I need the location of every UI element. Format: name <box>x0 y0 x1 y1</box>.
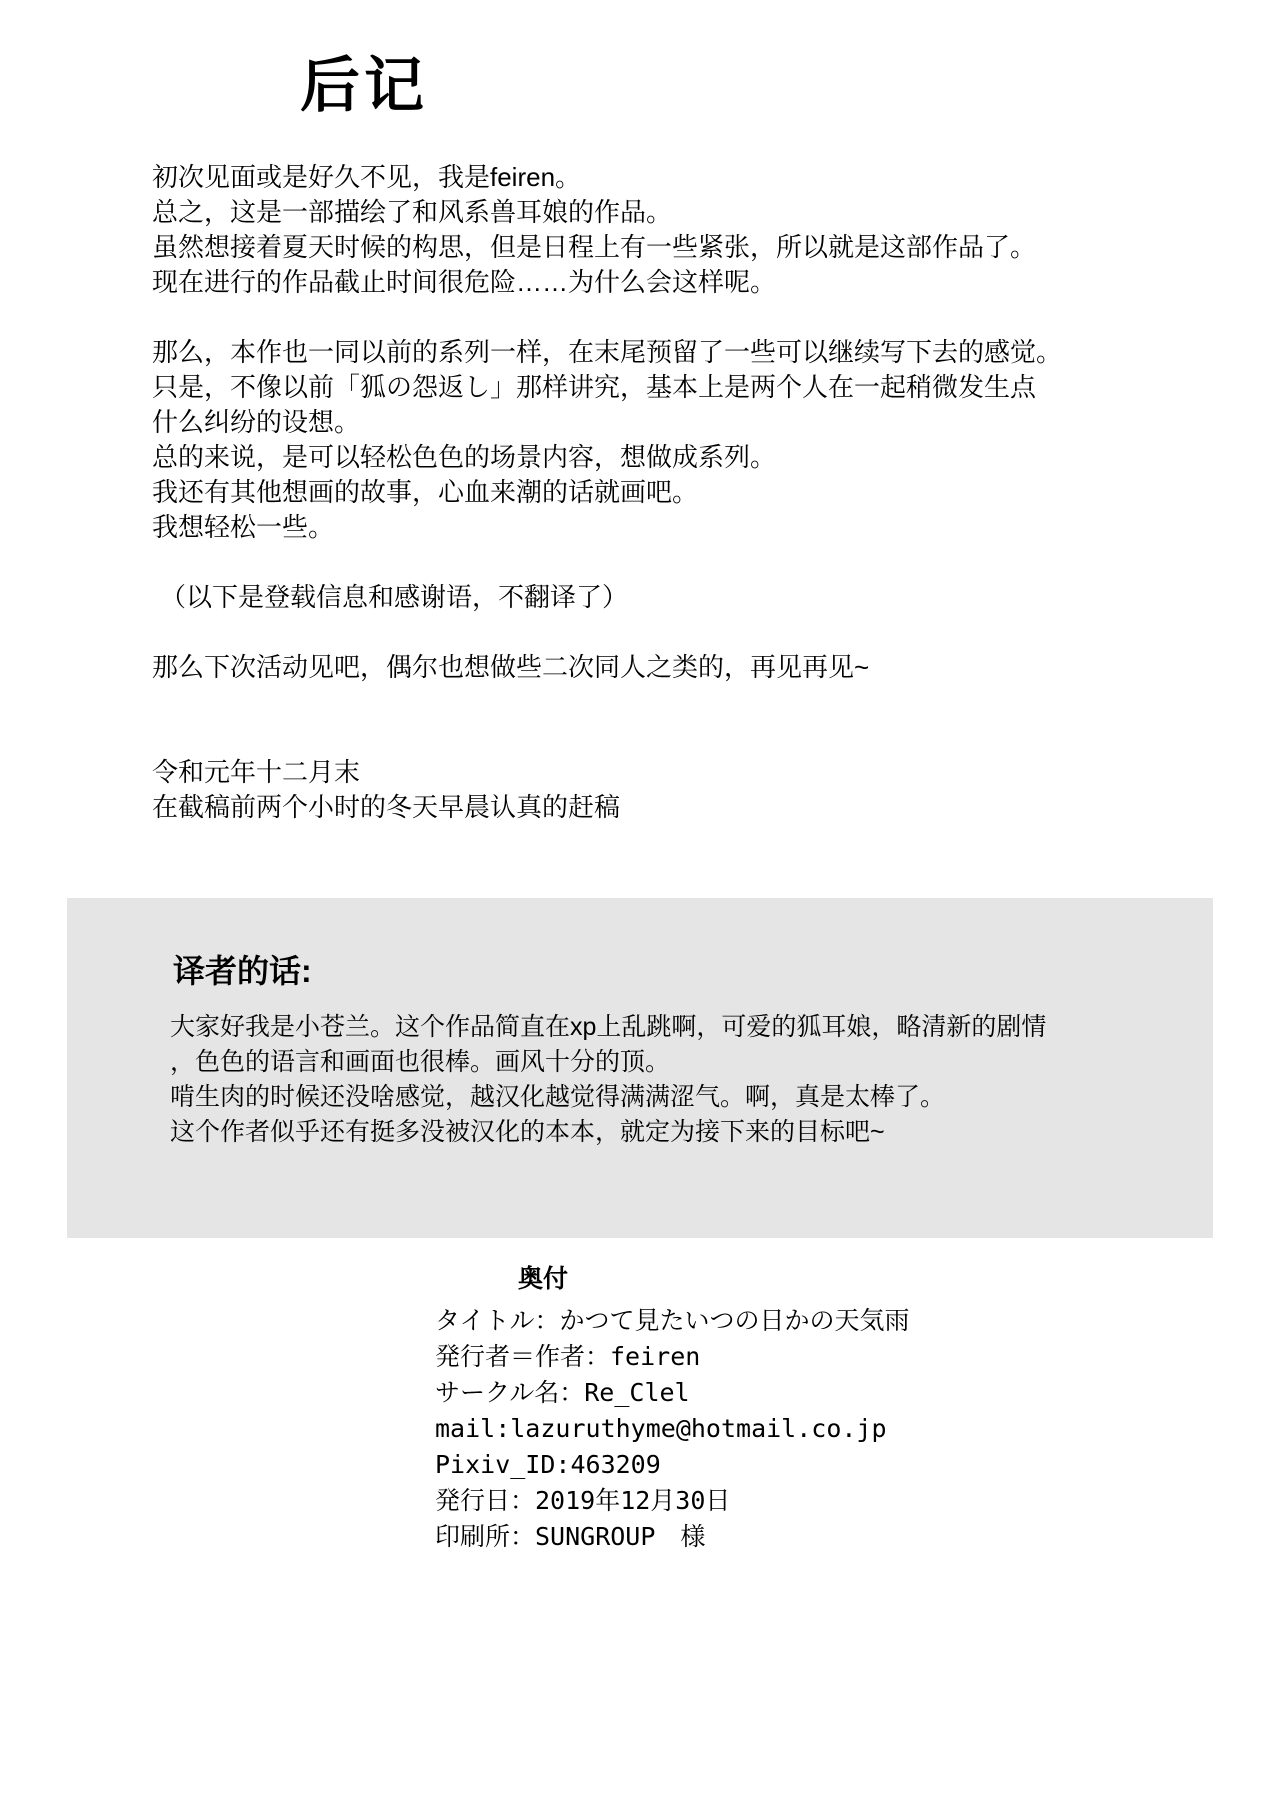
date-block: 令和元年十二月末 在截稿前两个小时的冬天早晨认真的赶稿 <box>152 755 620 825</box>
translator-note-box: 译者的话: 大家好我是小苍兰。这个作品简直在xp上乱跳啊，可爱的狐耳娘，略清新的… <box>67 898 1213 1238</box>
colophon-circle-line: サークル名：Re_Clel <box>435 1375 1095 1411</box>
colophon-publish-date-line: 発行日：2019年12月30日 <box>435 1483 1095 1519</box>
colophon-title-line: タイトル：かつて見たいつの日かの天気雨 <box>435 1303 1095 1339</box>
colophon-author-line: 発行者＝作者：feiren <box>435 1339 1095 1375</box>
deadline-note-line: 在截稿前两个小时的冬天早晨认真的赶稿 <box>152 790 620 825</box>
afterword-paragraph-2: 那么，本作也一同以前的系列一样，在末尾预留了一些可以继续写下去的感觉。 只是，不… <box>152 335 1062 545</box>
afterword-line: 虽然想接着夏天时候的构思，但是日程上有一些紧张，所以就是这部作品了。 <box>152 230 1036 265</box>
translator-line: 啃生肉的时候还没啥感觉，越汉化越觉得满满涩气。啊，真是太棒了。 <box>170 1080 1046 1115</box>
colophon-pixiv-id-line: Pixiv_ID:463209 <box>435 1447 1095 1483</box>
translator-line: ，色色的语言和画面也很棒。画风十分的顶。 <box>170 1045 1046 1080</box>
era-date-line: 令和元年十二月末 <box>152 755 620 790</box>
afterword-line: 总的来说，是可以轻松色色的场景内容，想做成系列。 <box>152 440 1062 475</box>
translator-note-heading: 译者的话: <box>173 946 312 992</box>
translator-line: 大家好我是小苍兰。这个作品简直在xp上乱跳啊，可爱的狐耳娘，略清新的剧情 <box>170 1010 1046 1045</box>
page-title: 后记 <box>300 38 428 124</box>
colophon-heading: 奥付 <box>518 1264 1095 1294</box>
afterword-line: 初次见面或是好久不见，我是feiren。 <box>152 160 1036 195</box>
afterword-line: 我还有其他想画的故事，心血来潮的话就画吧。 <box>152 475 1062 510</box>
afterword-line: 我想轻松一些。 <box>152 510 1062 545</box>
colophon-section: 奥付 タイトル：かつて見たいつの日かの天気雨 発行者＝作者：feiren サーク… <box>435 1264 1095 1555</box>
afterword-line: 那么，本作也一同以前的系列一样，在末尾预留了一些可以继续写下去的感觉。 <box>152 335 1062 370</box>
untranslated-note-line: （以下是登载信息和感谢语，不翻译了） <box>160 580 628 615</box>
colophon-mail-line: mail:lazuruthyme@hotmail.co.jp <box>435 1411 1095 1447</box>
afterword-line: 什么纠纷的设想。 <box>152 405 1062 440</box>
afterword-line: 总之，这是一部描绘了和风系兽耳娘的作品。 <box>152 195 1036 230</box>
afterword-paragraph-1: 初次见面或是好久不见，我是feiren。 总之，这是一部描绘了和风系兽耳娘的作品… <box>152 160 1036 300</box>
colophon-printer-line: 印刷所：SUNGROUP 様 <box>435 1519 1095 1555</box>
afterword-page: 后记 初次见面或是好久不见，我是feiren。 总之，这是一部描绘了和风系兽耳娘… <box>0 0 1280 1808</box>
afterword-line: 现在进行的作品截止时间很危险……为什么会这样呢。 <box>152 265 1036 300</box>
translator-line: 这个作者似乎还有挺多没被汉化的本本，就定为接下来的目标吧~ <box>170 1115 1046 1150</box>
afterword-line: 只是，不像以前「狐の怨返し」那样讲究，基本上是两个人在一起稍微发生点 <box>152 370 1062 405</box>
translator-note-text: 大家好我是小苍兰。这个作品简直在xp上乱跳啊，可爱的狐耳娘，略清新的剧情 ，色色… <box>170 1010 1046 1150</box>
farewell-line: 那么下次活动见吧，偶尔也想做些二次同人之类的，再见再见~ <box>152 650 869 685</box>
colophon-lines: タイトル：かつて見たいつの日かの天気雨 発行者＝作者：feiren サークル名：… <box>435 1303 1095 1555</box>
